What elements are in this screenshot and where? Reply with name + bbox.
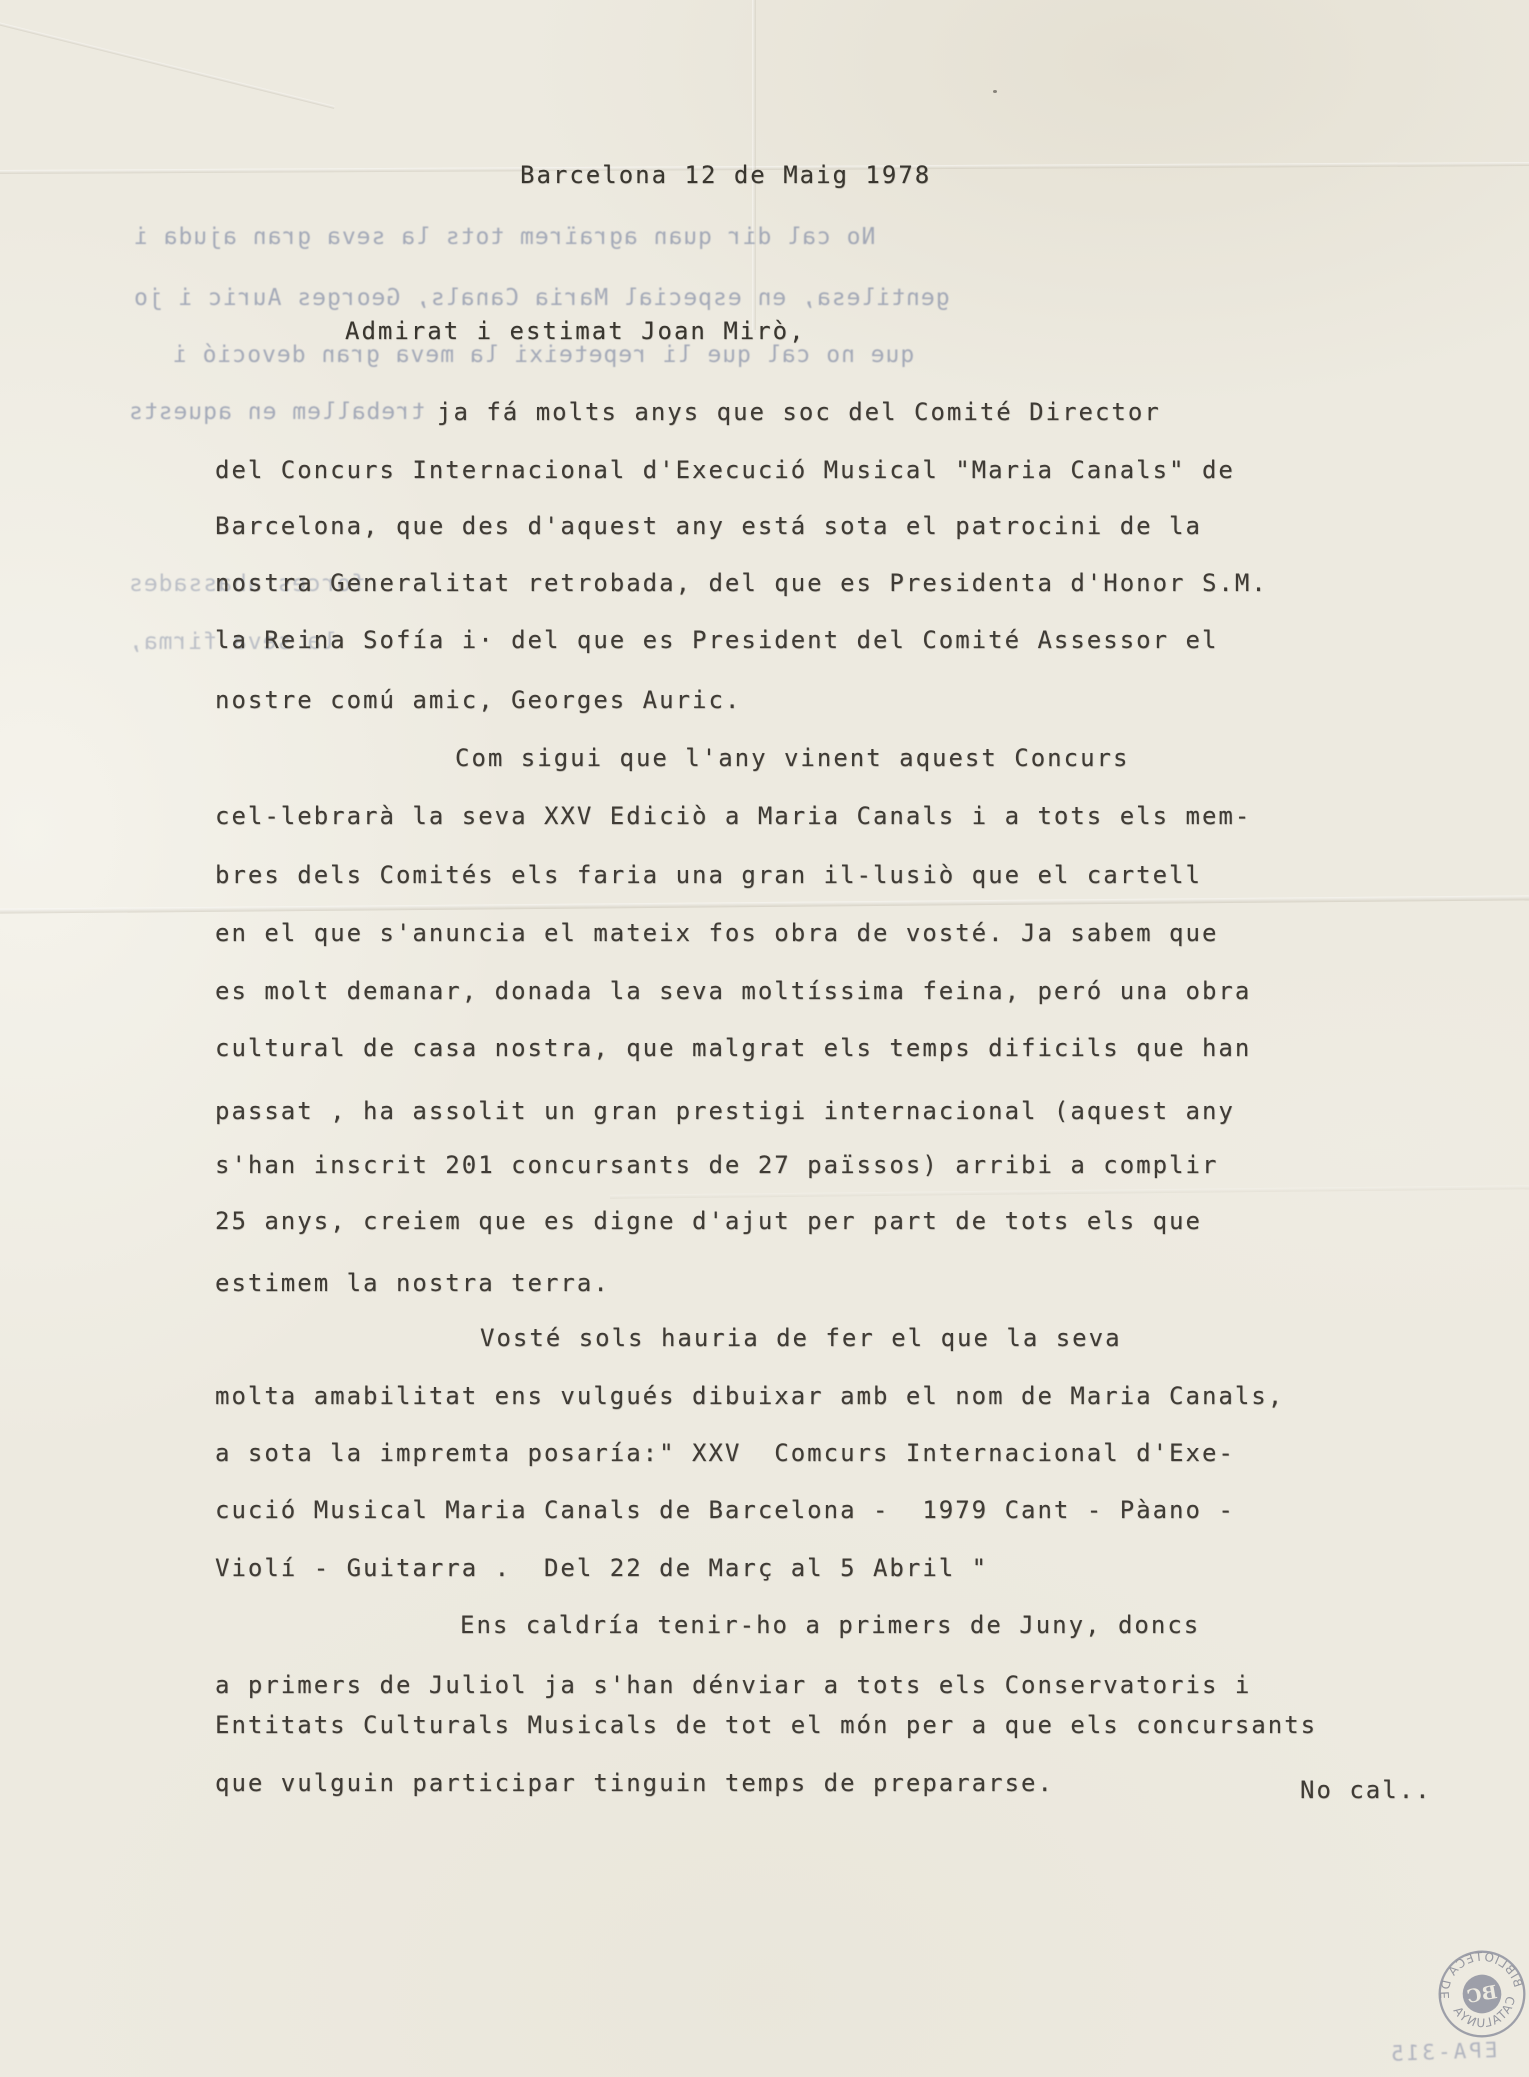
body-line: cultural de casa nostra, que malgrat els… [215, 1036, 1251, 1060]
bleed-through-line: gentilesa, en especial Maria Canals, Geo… [133, 287, 950, 310]
bleed-through-line: que no cal que li repeteixi la meva gran… [172, 344, 914, 367]
body-line: Ens caldría tenir-ho a primers de Juny, … [460, 1613, 1200, 1637]
body-line: ja fá molts anys que soc del Comité Dire… [437, 400, 1161, 424]
page-break-cue: No cal.. [1300, 1778, 1432, 1802]
body-line: bres dels Comités els faria una gran il-… [215, 863, 1202, 887]
pencil-inventory-mark: EPA-315 [1388, 2038, 1498, 2066]
body-line: a sota la impremta posaría:" XXV Comcurs… [215, 1441, 1235, 1465]
dateline: Barcelona 12 de Maig 1978 [520, 163, 931, 187]
fold-crease [0, 895, 1529, 913]
fold-crease [0, 14, 335, 109]
body-line: Barcelona, que des d'aquest any está sot… [215, 514, 1202, 538]
body-line: la Reina Sofía i· del que es President d… [215, 628, 1218, 652]
body-line: Violí - Guitarra . Del 22 de Març al 5 A… [215, 1556, 988, 1580]
body-line: en el que s'anuncia el mateix fos obra d… [215, 921, 1218, 945]
bleed-through-line: treballem en aquests [128, 401, 425, 424]
body-line: Com sigui que l'any vinent aquest Concur… [455, 746, 1129, 770]
body-line: passat , ha assolit un gran prestigi int… [215, 1099, 1235, 1123]
letter-page: No cal dir quan agraïrem tots la seva gr… [0, 0, 1529, 2077]
body-line: del Concurs Internacional d'Execució Mus… [215, 458, 1235, 482]
body-line: molta amabilitat ens vulgués dibuixar am… [215, 1384, 1284, 1408]
library-stamp: BIBLIOTECA DE CATALUNYA BC [1429, 1941, 1529, 2048]
body-line: a primers de Juliol ja s'han dénviar a t… [215, 1673, 1251, 1697]
fold-crease [610, 1185, 1529, 1199]
salutation: Admirat i estimat Joan Mirò, [345, 319, 806, 343]
body-line: estimem la nostra terra. [215, 1271, 610, 1295]
body-line: cució Musical Maria Canals de Barcelona … [215, 1498, 1235, 1522]
body-line: Vosté sols hauria de fer el que la seva [480, 1326, 1122, 1350]
body-line: s'han inscrit 201 concursants de 27 païs… [215, 1153, 1218, 1177]
body-line: 25 anys, creiem que es digne d'ajut per … [215, 1209, 1202, 1233]
body-line: Entitats Culturals Musicals de tot el mó… [215, 1713, 1317, 1737]
body-line: cel-lebrarà la seva XXV Ediciò a Maria C… [215, 804, 1251, 828]
body-line: es molt demanar, donada la seva moltíssi… [215, 979, 1251, 1003]
ink-speck [993, 90, 997, 93]
body-line: que vulguin participar tinguin temps de … [215, 1771, 1054, 1795]
body-line: nostre comú amic, Georges Auric. [215, 688, 741, 712]
body-line: nostra Generalitat retrobada, del que es… [215, 571, 1268, 595]
bleed-through-line: No cal dir quan agraïrem tots la seva gr… [133, 226, 875, 249]
